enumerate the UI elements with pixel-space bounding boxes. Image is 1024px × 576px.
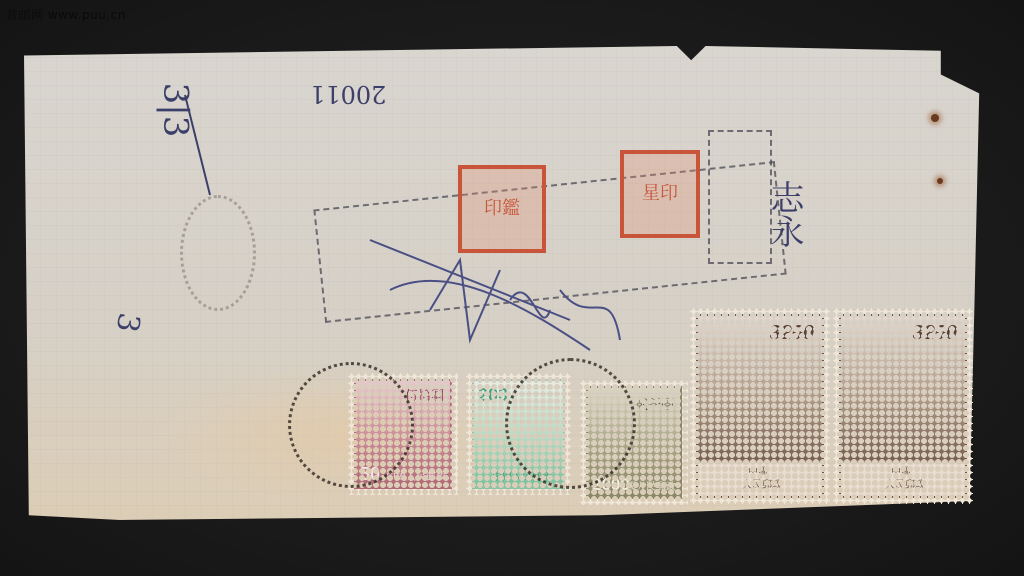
paper-hole xyxy=(937,178,943,184)
pen-stroke xyxy=(180,90,220,200)
stamp-cn-value: 貳仟圓 xyxy=(635,394,674,413)
stamp-value: 3200 xyxy=(913,322,958,345)
stamp-issuer: 中國人民郵政 xyxy=(386,468,446,483)
stamp-issuer: 人民郵政 xyxy=(885,476,925,491)
red-seal-left: 印鑑 xyxy=(458,165,546,253)
stamp-mountain-3200-b: 3200 中國 人民郵政 xyxy=(833,308,973,504)
paper-hole xyxy=(931,114,939,122)
stamp-mountain-3200-a: 3200 中國 人民郵政 xyxy=(690,308,830,504)
stamp-cn-value: 伍拾圓 xyxy=(405,385,444,404)
postmark-center xyxy=(505,358,636,489)
stamp-value: 200 xyxy=(478,385,508,406)
postmark-left xyxy=(288,362,414,488)
red-seal-right: 星印 xyxy=(620,150,700,238)
handwritten-number: 20011 xyxy=(310,80,386,108)
stamp-value: 3200 xyxy=(770,322,815,345)
stamp-issuer: 中國人民郵政 xyxy=(616,478,676,493)
watermark: 普邮网 www.puu.cn xyxy=(6,6,126,23)
stamp-issuer: 人民郵政 xyxy=(742,476,782,491)
faded-postmark xyxy=(180,195,256,311)
